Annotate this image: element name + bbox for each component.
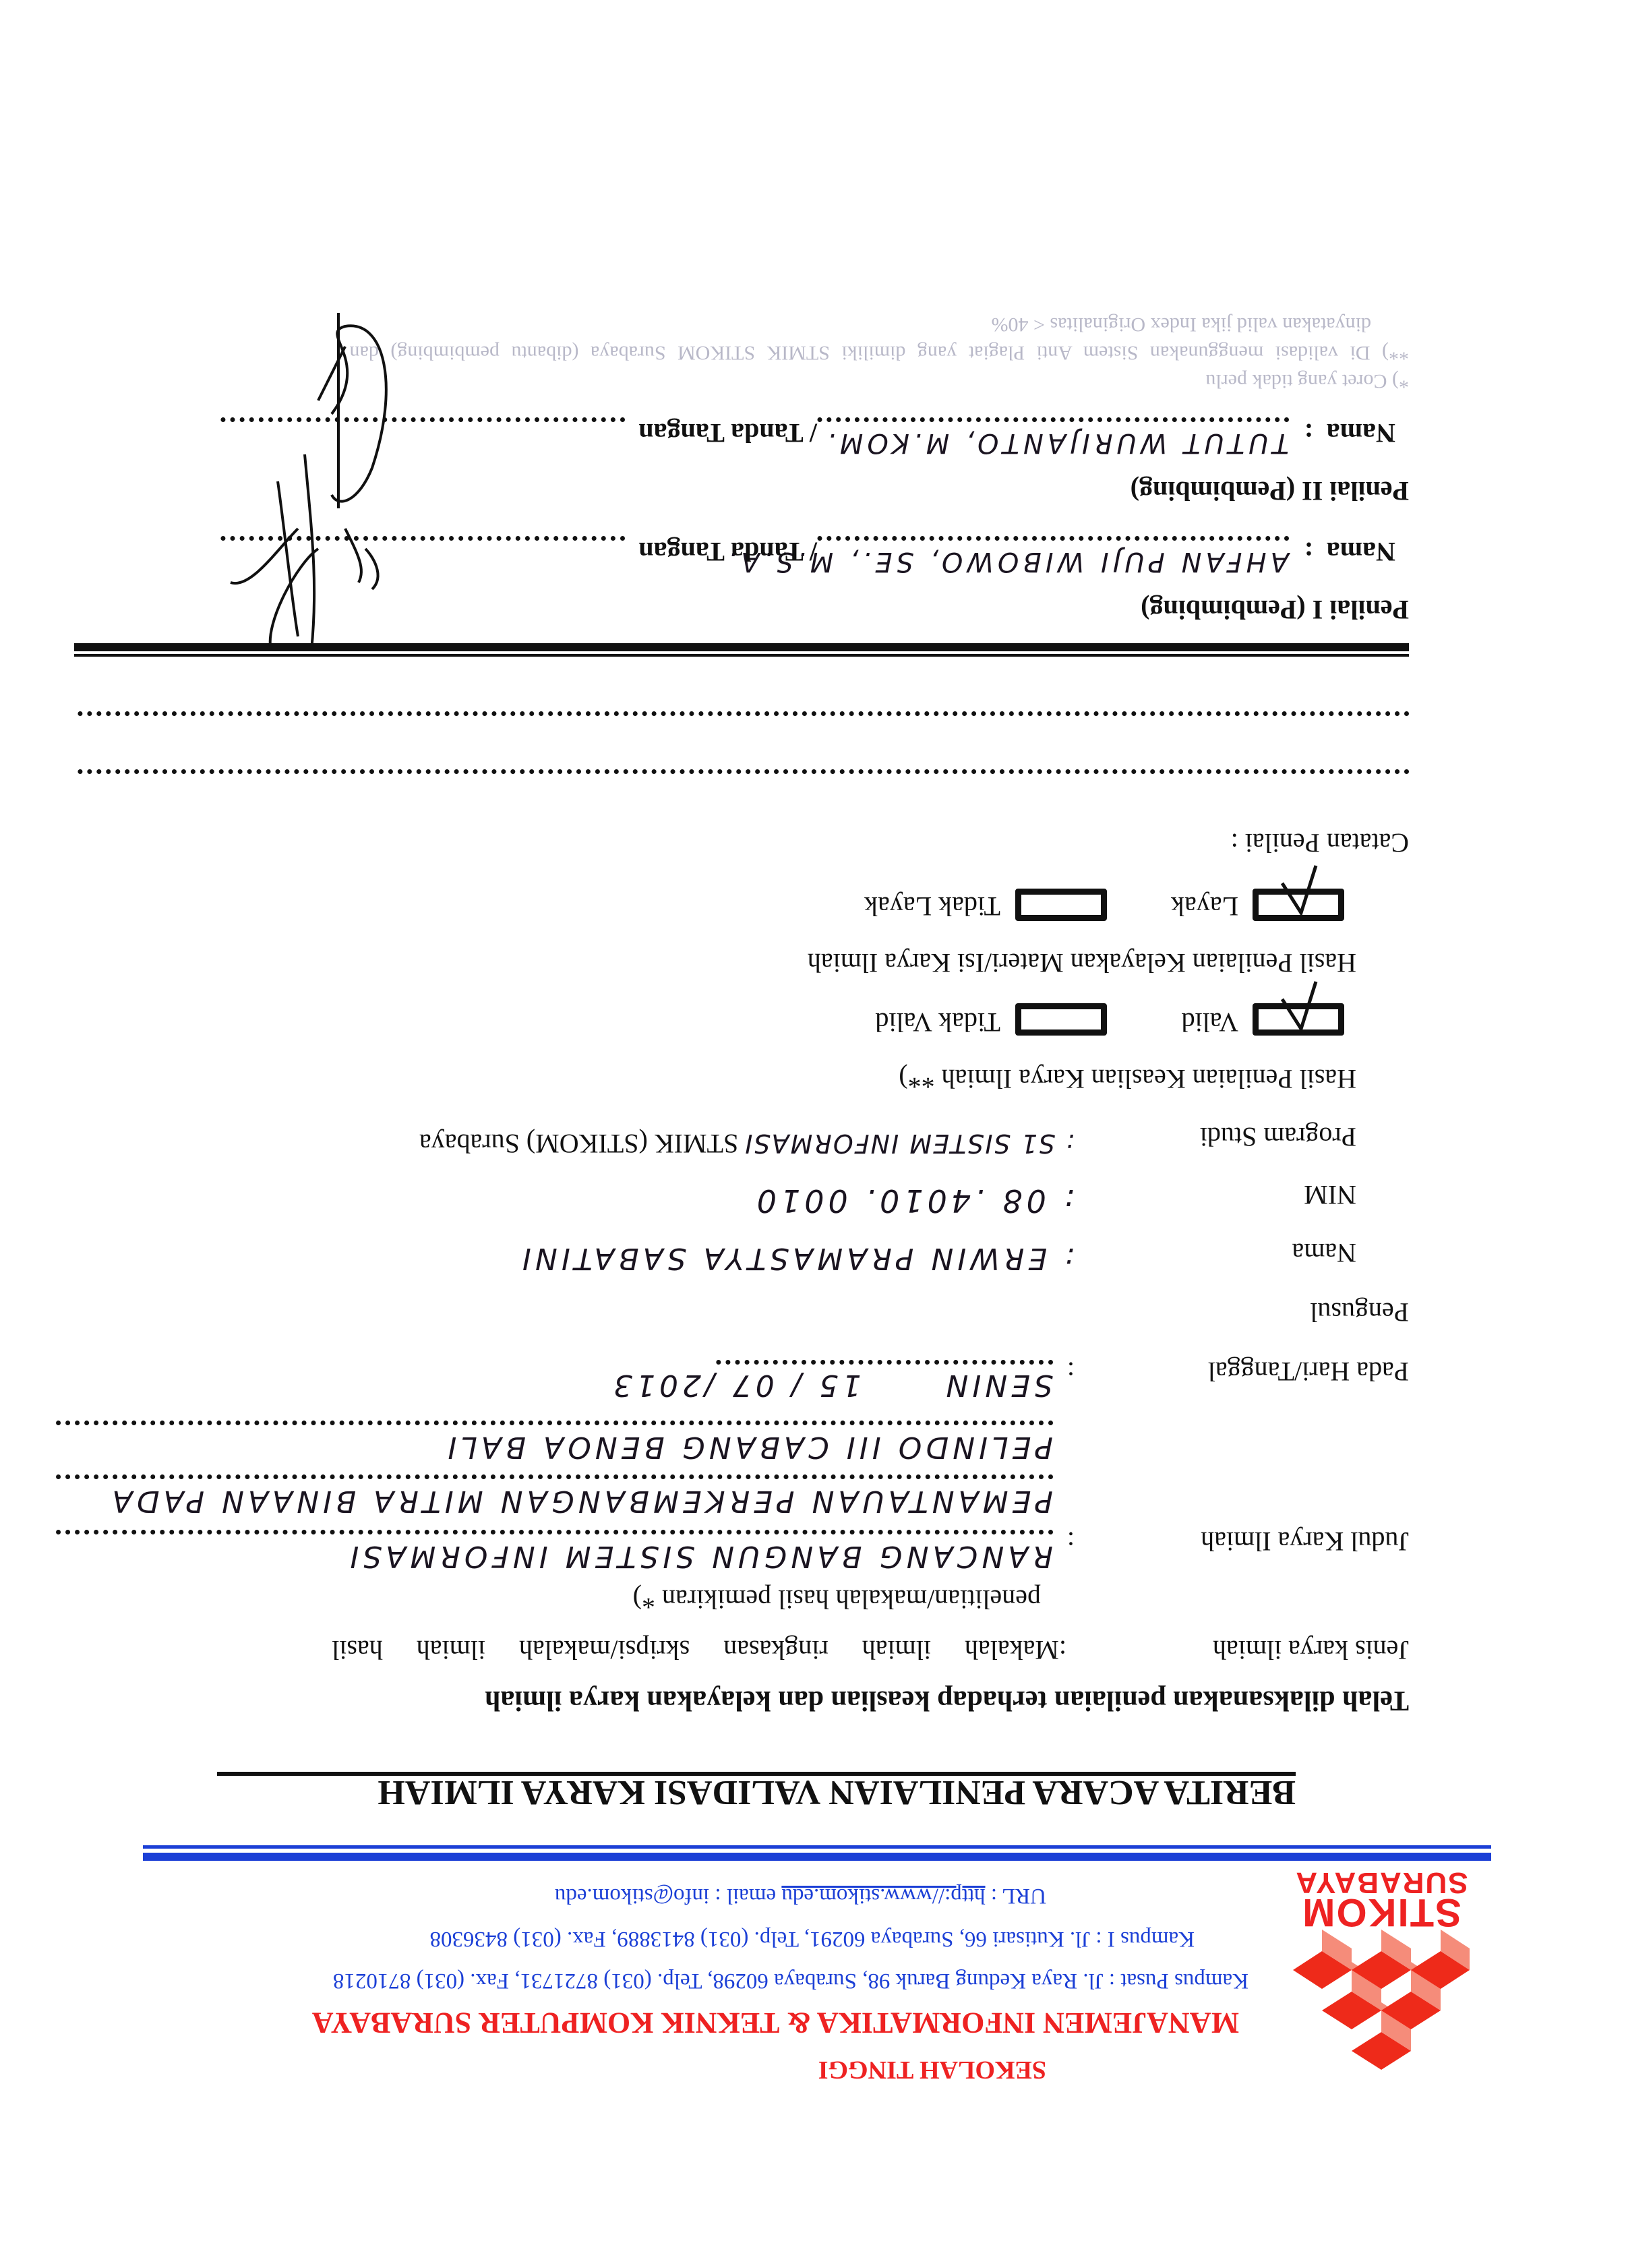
kelayakan-heading: Hasil Penilaian Kelayakan Materi/Isi Kar… <box>808 947 1356 979</box>
judul-dotline-1 <box>55 1530 1053 1534</box>
program-studi-value: : S1 SISTEM INFORMASISTMIK (STIKOM) Sura… <box>419 1128 1075 1160</box>
tidak-layak-label: Tidak Layak <box>864 891 1000 922</box>
header-rule-thin <box>143 1845 1491 1849</box>
intro-text: Telah dilaksanakan penilaian terhadap ke… <box>485 1684 1409 1717</box>
catatan-label: Catatan Penilai : <box>1231 827 1409 859</box>
penilai-2-nama: TUTUT WURIJANTO, M.KOM. <box>823 427 1289 458</box>
nama-value: : ERWIN PRAMASTYA SABATINI <box>518 1241 1075 1276</box>
penilai-1-heading: Penilai I (Pembimbing) <box>1141 594 1409 626</box>
nim-value: : 08 .4010. 0010 <box>753 1183 1075 1219</box>
catatan-dotline-1 <box>77 769 1409 774</box>
institution-line-1: SEKOLAH TINGGI <box>818 2055 1046 2085</box>
tidak-valid-label: Tidak Valid <box>875 1007 1000 1038</box>
tanggal-dotline <box>716 1360 1053 1365</box>
header-rule-thick <box>143 1853 1491 1861</box>
judul-line-3: PELINDO III CABANG BENOA BALI <box>444 1430 1053 1464</box>
layak-label: Layak <box>1171 891 1238 922</box>
logo-text-stikom: STIKOM <box>1293 1894 1470 1930</box>
document-title: BERITA ACARA PENILAIAN VALIDASI KARYA IL… <box>378 1772 1296 1812</box>
email-text: email : info@stikom.edu <box>555 1884 782 1908</box>
judul-colon: : <box>1067 1526 1075 1557</box>
jenis-label: Jenis karya ilmiah <box>1213 1634 1409 1666</box>
tanggal-value: SENIN 15 / 07 /2013 <box>609 1368 1053 1402</box>
logo-text-surabaya: SURABAYA <box>1293 1868 1470 1897</box>
contact-line: URL : http://www.stikom.edu email : info… <box>555 1883 1046 1908</box>
tanggal-label: Pada Hari/Tanggal <box>1208 1356 1409 1387</box>
tidak-valid-checkbox[interactable] <box>1015 1003 1107 1036</box>
penilai-2-name-dotline <box>817 417 1289 422</box>
keaslian-heading: Hasil Penilaian Keaslian Karya Ilmiah **… <box>899 1063 1356 1095</box>
penilai-2-nama-label: Nama <box>1327 417 1395 449</box>
footnote-2: **) Di validasi menggunakan Sistem Anti … <box>350 341 1410 364</box>
tidak-layak-checkbox[interactable] <box>1015 889 1107 921</box>
catatan-dotline-2 <box>77 711 1409 716</box>
nama-label: Nama <box>1292 1237 1356 1269</box>
pengusul-heading: Pengusul <box>1310 1296 1409 1328</box>
stikom-logo: STIKOM SURABAYA <box>1293 1868 1470 2077</box>
penilai-1-colon: : <box>1304 536 1313 568</box>
footnote-1: *) Coret yang tidak perlu <box>1205 369 1409 392</box>
check-mark-icon <box>1278 863 1332 930</box>
check-mark-icon <box>1278 979 1332 1046</box>
judul-dotline-3 <box>55 1421 1053 1425</box>
penilai-1-nama-label: Nama <box>1327 536 1395 568</box>
judul-line-1: RANCANG BANGUN SISTEM INFORMASI <box>346 1539 1053 1574</box>
penilai-2-ttd-label: / Tanda Tangan <box>638 417 817 449</box>
penilai-1-ttd-label: / Tanda Tangan <box>638 536 817 568</box>
jenis-value: :Makalah ilmiah ringkasan skripsi/makala… <box>332 1634 1066 1666</box>
website-link[interactable]: http://www.stikom.edu <box>781 1884 985 1908</box>
campus-1-address: Kampus I : Jl. Kutisari 66, Surabaya 602… <box>429 1926 1195 1951</box>
tanggal-colon: : <box>1067 1356 1075 1387</box>
judul-label: Judul Karya Ilmiah <box>1201 1526 1409 1557</box>
penilai-1-name-dotline <box>817 536 1289 541</box>
document-page: STIKOM SURABAYA SEKOLAH TINGGI MANAJEMEN… <box>0 0 1626 2268</box>
nim-label: NIM <box>1304 1179 1356 1211</box>
penilai-2-heading: Penilai II (Pembimbing) <box>1131 475 1409 507</box>
program-studi-label: Program Studi <box>1200 1121 1356 1153</box>
campus-main-address: Kampus Pusat : Jl. Raya Kedung Baruk 98,… <box>333 1968 1248 1993</box>
penilai-2-signature-icon <box>237 306 453 515</box>
title-underline <box>217 1772 1296 1776</box>
footnote-3: dinyatakan valid jika Index Originalitas… <box>992 313 1371 336</box>
jenis-value-cont: penelitian/makalah hasil pemikiran *) <box>633 1584 1041 1615</box>
valid-label: Valid <box>1182 1007 1238 1038</box>
institution-line-2: MANAJEMEN INFORMATIKA & TEKNIK KOMPUTER … <box>312 2006 1239 2040</box>
judul-dotline-2 <box>55 1474 1053 1479</box>
penilai-2-colon: : <box>1304 417 1313 449</box>
judul-line-2: PEMANTAUAN PERKEMBANGAN MITRA BINAAN PAD… <box>109 1484 1053 1518</box>
